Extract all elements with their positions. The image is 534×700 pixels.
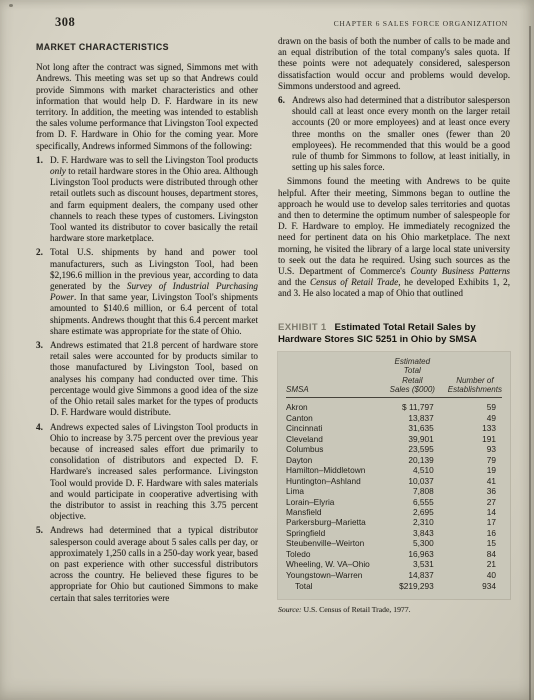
establishments-cell: 16 [448, 528, 502, 538]
establishments-cell: 41 [448, 476, 502, 486]
table-row: Wheeling, W. VA–Ohio3,53121 [286, 559, 502, 569]
column-header-smsa: SMSA [286, 357, 377, 398]
smsa-cell: Cincinnati [286, 423, 377, 433]
establishments-cell: 15 [448, 538, 502, 548]
list-item-3: 3. Andrews estimated that 21.8 percent o… [36, 340, 258, 418]
establishments-cell: 36 [448, 486, 502, 496]
list-item-number: 5. [36, 525, 50, 603]
table-row: Columbus23,59593 [286, 444, 502, 454]
table-row: Youngstown–Warren14,83740 [286, 570, 502, 580]
table-row: Toledo16,96384 [286, 549, 502, 559]
smsa-cell: Columbus [286, 444, 377, 454]
sales-cell: 5,300 [377, 538, 448, 548]
sales-cell: $ 11,797 [377, 398, 448, 413]
sales-cell: 16,963 [377, 549, 448, 559]
table-row: Akron$ 11,79759 [286, 398, 502, 413]
sales-cell: 2,310 [377, 517, 448, 527]
list-item-text: Andrews had determined that a typical di… [50, 525, 258, 603]
list-item-text: Andrews expected sales of Livingston Too… [50, 422, 258, 523]
establishments-cell: 27 [448, 497, 502, 507]
sales-cell: 23,595 [377, 444, 448, 454]
sales-cell: 13,837 [377, 413, 448, 423]
establishments-cell: 133 [448, 423, 502, 433]
sales-cell: 31,635 [377, 423, 448, 433]
left-column: MARKET CHARACTERISTICS Not long after th… [36, 36, 258, 614]
establishments-cell: 191 [448, 434, 502, 444]
page-header: 308 CHAPTER 6 SALES FORCE ORGANIZATION [0, 13, 534, 31]
source-note: Source: U.S. Census of Retail Trade, 197… [278, 605, 510, 614]
table-row: Parkersburg–Marietta2,31017 [286, 517, 502, 527]
exhibit-table-panel: SMSA EstimatedTotalRetailSales ($000) Nu… [278, 352, 510, 599]
exhibit-title: EXHIBIT 1Estimated Total Retail Sales by… [278, 322, 510, 347]
establishments-cell: 93 [448, 444, 502, 454]
establishments-cell: 19 [448, 465, 502, 475]
section-heading: MARKET CHARACTERISTICS [36, 42, 258, 53]
sales-cell: 7,808 [377, 486, 448, 496]
smsa-cell: Cleveland [286, 434, 377, 444]
smsa-cell: Dayton [286, 455, 377, 465]
list-item-number: 3. [36, 340, 50, 418]
table-row: Huntington–Ashland10,03741 [286, 476, 502, 486]
page-edge-shadow [529, 26, 531, 700]
sales-cell: $219,293 [377, 580, 448, 591]
page-number: 308 [55, 15, 75, 30]
two-column-layout: MARKET CHARACTERISTICS Not long after th… [36, 36, 510, 614]
chapter-running-head: CHAPTER 6 SALES FORCE ORGANIZATION [334, 19, 508, 28]
sales-cell: 14,837 [377, 570, 448, 580]
table-row: Dayton20,13979 [286, 455, 502, 465]
table-row: Lima7,80836 [286, 486, 502, 496]
smsa-cell: Mansfield [286, 507, 377, 517]
table-row: Cleveland39,901191 [286, 434, 502, 444]
smsa-cell: Toledo [286, 549, 377, 559]
smsa-cell: Akron [286, 398, 377, 413]
smsa-cell: Steubenville–Weirton [286, 538, 377, 548]
right-column: drawn on the basis of both the number of… [278, 36, 510, 614]
list-item-1: 1. D. F. Hardware was to sell the Living… [36, 155, 258, 245]
list-item-5: 5. Andrews had determined that a typical… [36, 525, 258, 603]
list-item-number: 4. [36, 422, 50, 523]
list-item-4: 4. Andrews expected sales of Livingston … [36, 422, 258, 523]
exhibit-label: EXHIBIT 1 [278, 322, 327, 333]
smsa-cell: Parkersburg–Marietta [286, 517, 377, 527]
sales-cell: 20,139 [377, 455, 448, 465]
establishments-cell: 59 [448, 398, 502, 413]
smsa-cell: Huntington–Ashland [286, 476, 377, 486]
list-item-text: D. F. Hardware was to sell the Livingsto… [50, 155, 258, 245]
table-row: Springfield3,84316 [286, 528, 502, 538]
book-page: 308 CHAPTER 6 SALES FORCE ORGANIZATION M… [0, 0, 534, 700]
table-total-row: Total$219,293934 [286, 580, 502, 591]
sales-cell: 3,843 [377, 528, 448, 538]
sales-cell: 39,901 [377, 434, 448, 444]
list-item-text: Andrews estimated that 21.8 percent of h… [50, 340, 258, 418]
intro-paragraph: Not long after the contract was signed, … [36, 62, 258, 152]
table-row: Canton13,83749 [286, 413, 502, 423]
exhibit-1: EXHIBIT 1Estimated Total Retail Sales by… [278, 322, 510, 614]
table-row: Hamilton–Middletown4,51019 [286, 465, 502, 475]
table-row: Steubenville–Weirton5,30015 [286, 538, 502, 548]
table-header-row: SMSA EstimatedTotalRetailSales ($000) Nu… [286, 357, 502, 398]
smsa-cell: Lorain–Elyria [286, 497, 377, 507]
column-header-sales: EstimatedTotalRetailSales ($000) [377, 357, 448, 398]
sales-cell: 4,510 [377, 465, 448, 475]
smsa-cell: Wheeling, W. VA–Ohio [286, 559, 377, 569]
smsa-cell: Canton [286, 413, 377, 423]
establishments-cell: 84 [448, 549, 502, 559]
list-item-6: 6. Andrews also had determined that a di… [278, 95, 510, 173]
sales-cell: 2,695 [377, 507, 448, 517]
table-row: Lorain–Elyria6,55527 [286, 497, 502, 507]
establishments-cell: 934 [448, 580, 502, 591]
establishments-cell: 40 [448, 570, 502, 580]
establishments-cell: 21 [448, 559, 502, 569]
sales-cell: 3,531 [377, 559, 448, 569]
smsa-cell: Springfield [286, 528, 377, 538]
sales-cell: 6,555 [377, 497, 448, 507]
establishments-cell: 79 [448, 455, 502, 465]
exhibit-table: SMSA EstimatedTotalRetailSales ($000) Nu… [286, 357, 502, 592]
establishments-cell: 14 [448, 507, 502, 517]
continuation-paragraph: drawn on the basis of both the number of… [278, 36, 510, 92]
list-item-text: Total U.S. shipments by hand and power t… [50, 247, 258, 337]
smsa-cell: Youngstown–Warren [286, 570, 377, 580]
smsa-cell: Total [286, 580, 377, 591]
list-item-2: 2. Total U.S. shipments by hand and powe… [36, 247, 258, 337]
smsa-cell: Hamilton–Middletown [286, 465, 377, 475]
smsa-cell: Lima [286, 486, 377, 496]
establishments-cell: 49 [448, 413, 502, 423]
closing-paragraph: Simmons found the meeting with Andrews t… [278, 176, 510, 299]
column-header-establishments: Number ofEstablishments [448, 357, 502, 398]
table-row: Mansfield2,69514 [286, 507, 502, 517]
list-item-number: 6. [278, 95, 292, 173]
establishments-cell: 17 [448, 517, 502, 527]
table-row: Cincinnati31,635133 [286, 423, 502, 433]
list-item-text: Andrews also had determined that a distr… [292, 95, 510, 173]
list-item-number: 2. [36, 247, 50, 337]
list-item-number: 1. [36, 155, 50, 245]
sales-cell: 10,037 [377, 476, 448, 486]
scan-speck [9, 4, 13, 7]
